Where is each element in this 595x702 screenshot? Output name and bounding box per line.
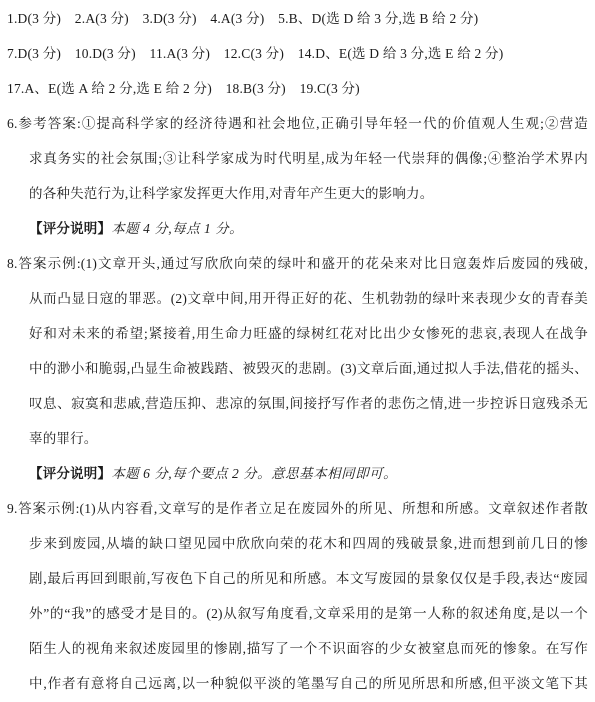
q8-answer-line-6: 辜的罪行。: [7, 421, 588, 456]
q8-answer-line-5: 叹息、寂寞和悲戚,营造压抑、悲凉的氛围,间接抒写作者的悲伤之情,进一步控诉日寇残…: [7, 386, 588, 421]
q6-answer-line-3: 的各种失范行为,让科学家发挥更大作用,对青年产生更大的影响力。: [7, 176, 588, 211]
q8-answer-line-3: 好和对未来的希望;紧接着,用生命力旺盛的绿树红花对比出少女惨死的悲哀,表现人在战…: [7, 316, 588, 351]
q6-scoring-note: 【评分说明】本题 4 分,每点 1 分。: [7, 211, 588, 246]
scoring-note-text: 本题 4 分,每点 1 分。: [111, 221, 243, 236]
q8-answer-line-2: 从而凸显日寇的罪恶。(2)文章中间,用开得正好的花、生机勃勃的绿叶来表现少女的青…: [7, 281, 588, 316]
q9-answer-line-2: 步来到废园,从墙的缺口望见园中欣欣向荣的花木和四周的残破景象,进而想到前几日的惨: [7, 526, 588, 561]
objective-answers-row-1: 1.D(3 分) 2.A(3 分) 3.D(3 分) 4.A(3 分) 5.B、…: [7, 1, 588, 36]
q8-answer-line-4: 中的渺小和脆弱,凸显生命被践踏、被毁灭的悲剧。(3)文章后面,通过拟人手法,借花…: [7, 351, 588, 386]
scoring-note-label: 【评分说明】: [29, 466, 111, 481]
objective-answers-row-2: 7.D(3 分) 10.D(3 分) 11.A(3 分) 12.C(3 分) 1…: [7, 36, 588, 71]
q9-answer-line-3: 剧,最后再回到眼前,写夜色下自己的所见和所感。本文写废园的景象仅仅是手段,表达“…: [7, 561, 588, 596]
objective-answers-row-3: 17.A、E(选 A 给 2 分,选 E 给 2 分) 18.B(3 分) 19…: [7, 71, 588, 106]
answer-key-page: 1.D(3 分) 2.A(3 分) 3.D(3 分) 4.A(3 分) 5.B、…: [0, 0, 595, 702]
q6-answer-line-2: 求真务实的社会氛围;③让科学家成为时代明星,成为年轻一代崇拜的偶像;④整治学术界…: [7, 141, 588, 176]
q8-scoring-note: 【评分说明】本题 6 分,每个要点 2 分。意思基本相同即可。: [7, 456, 588, 491]
q9-answer-line-4: 外”的“我”的感受才是目的。(2)从叙写角度看,文章采用的是第一人称的叙述角度,…: [7, 596, 588, 631]
q9-answer-line-5: 陌生人的视角来叙述废园里的惨剧,描写了一个不识面容的少女被窒息而死的惨象。在写作: [7, 631, 588, 666]
scoring-note-text: 本题 6 分,每个要点 2 分。意思基本相同即可。: [111, 466, 397, 481]
q9-answer-line-1: 9.答案示例:(1)从内容看,文章写的是作者立足在废园外的所见、所想和所感。文章…: [7, 491, 588, 526]
q9-answer-line-6: 中,作者有意将自己远离,以一种貌似平淡的笔墨写自己的所见所思和所感,但平淡文笔下…: [7, 666, 588, 701]
q6-answer-line-1: 6.参考答案:①提高科学家的经济待遇和社会地位,正确引导年轻一代的价值观人生观;…: [7, 106, 588, 141]
q8-answer-line-1: 8.答案示例:(1)文章开头,通过写欣欣向荣的绿叶和盛开的花朵来对比日寇轰炸后废…: [7, 246, 588, 281]
scoring-note-label: 【评分说明】: [29, 221, 111, 236]
